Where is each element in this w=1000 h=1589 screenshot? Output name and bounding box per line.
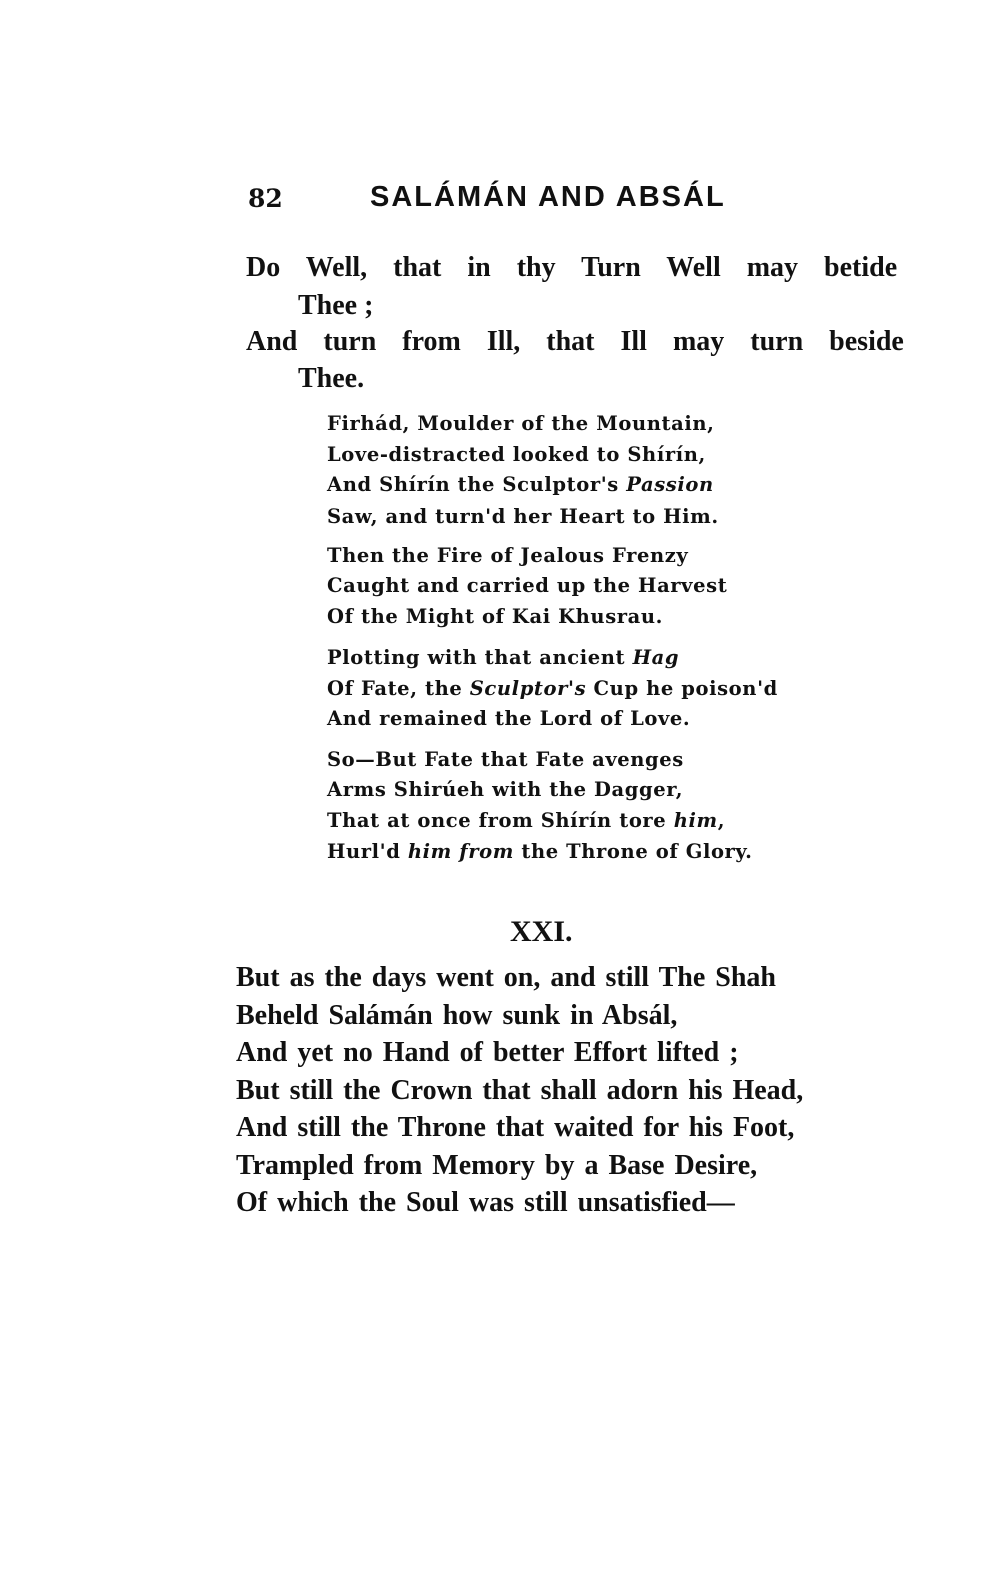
page-number: 82 <box>248 184 283 213</box>
verse-line: And yet no Hand of better Effort lifted … <box>236 1037 739 1069</box>
verse-line: Thee. <box>298 363 364 395</box>
verse-line: Of which the Soul was still unsatisfied— <box>236 1187 735 1219</box>
running-title: SALÁMÁN AND ABSÁL <box>370 181 726 214</box>
song-line: Saw, and turn'd her Heart to Him. <box>327 505 719 528</box>
verse-line: Do Well, that in thy Turn Well may betid… <box>246 252 897 284</box>
song-line: Of Fate, the Sculptor's Cup he poison'd <box>327 677 778 700</box>
song-line: So—But Fate that Fate avenges <box>327 748 684 771</box>
song-line: And remained the Lord of Love. <box>327 707 690 730</box>
verse-line: But as the days went on, and still The S… <box>236 962 776 994</box>
song-line: Hurl'd him from the Throne of Glory. <box>327 840 753 863</box>
section-heading: XXI. <box>510 915 573 949</box>
song-line: Arms Shirúeh with the Dagger, <box>327 778 683 801</box>
song-line: That at once from Shírín tore him, <box>327 809 725 832</box>
song-line: Of the Might of Kai Khusrau. <box>327 605 663 628</box>
song-line: And Shírín the Sculptor's Passion <box>327 473 714 496</box>
song-line: Love-distracted looked to Shírín, <box>327 443 706 466</box>
song-line: Plotting with that ancient Hag <box>327 646 679 669</box>
song-line: Then the Fire of Jealous Frenzy <box>327 544 688 567</box>
verse-line: And still the Throne that waited for his… <box>236 1112 794 1144</box>
verse-line: Trampled from Memory by a Base Desire, <box>236 1150 757 1182</box>
verse-line: And turn from Ill, that Ill may turn bes… <box>246 326 904 358</box>
song-line: Caught and carried up the Harvest <box>327 574 727 597</box>
song-line: Firhád, Moulder of the Mountain, <box>327 412 715 435</box>
verse-line: Beheld Salámán how sunk in Absál, <box>236 1000 677 1032</box>
verse-line: Thee ; <box>298 290 373 322</box>
verse-line: But still the Crown that shall adorn his… <box>236 1075 803 1107</box>
